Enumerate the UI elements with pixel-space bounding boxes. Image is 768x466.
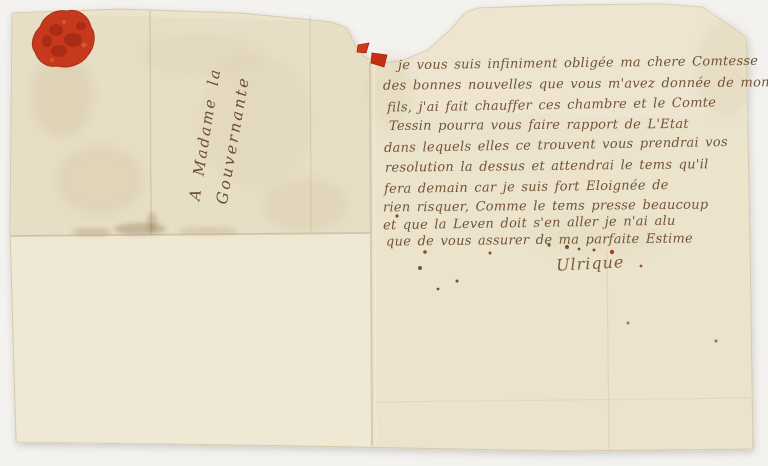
letter-line: Tessin pourra vous faire rapport de L'Et… [389,117,689,134]
signature: Ulrique [556,252,625,275]
photo-stage: A Madame la Gouvernante je vous suis inf… [0,0,768,466]
letter-line: rien risquer, Comme le tems presse beauc… [383,198,709,216]
letter-line: que de vous assurer de ma parfaite Estim… [386,231,693,249]
